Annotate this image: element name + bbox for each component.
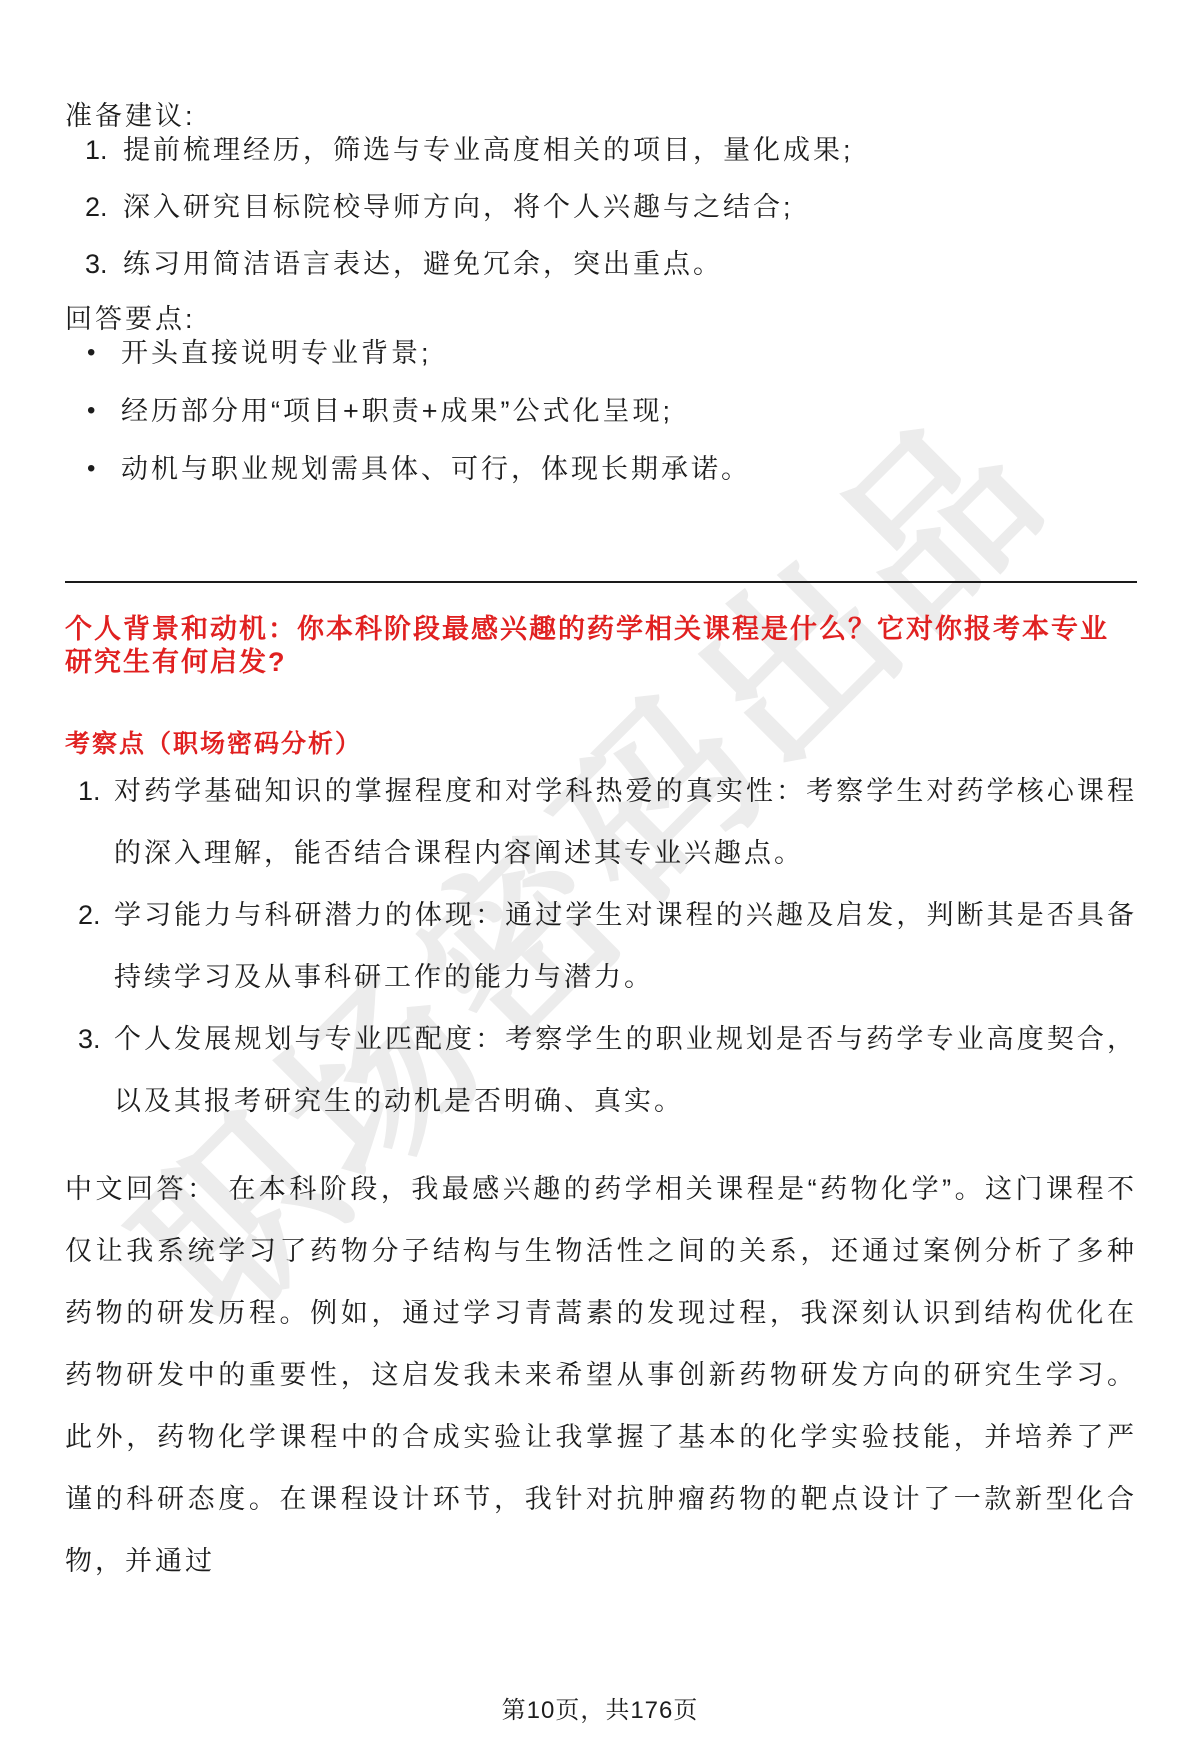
item-text: 深入研究目标院校导师方向，将个人兴趣与之结合;	[123, 189, 794, 225]
prep-advice-item: 1. 提前梳理经历，筛选与专业高度相关的项目，量化成果;	[65, 132, 1137, 168]
item-text: 提前梳理经历，筛选与专业高度相关的项目，量化成果;	[123, 132, 854, 168]
item-number: 2.	[85, 189, 115, 225]
answer-point-item: • 经历部分用“项目+职责+成果”公式化呈现;	[65, 393, 1137, 429]
examine-points-list: 1. 对药学基础知识的掌握程度和对学科热爱的真实性：考察学生对药学核心课程的深入…	[65, 760, 1137, 1132]
bullet-icon: •	[87, 451, 121, 487]
item-text: 学习能力与科研潜力的体现：通过学生对课程的兴趣及启发，判断其是否具备持续学习及从…	[114, 884, 1137, 1008]
item-text: 练习用简洁语言表达，避免冗余，突出重点。	[123, 246, 723, 282]
bullet-icon: •	[87, 335, 121, 371]
prep-advice-item: 3. 练习用简洁语言表达，避免冗余，突出重点。	[65, 246, 1137, 282]
examine-points-label: 考察点（职场密码分析）	[65, 729, 1137, 760]
item-text: 个人发展规划与专业匹配度：考察学生的职业规划是否与药学专业高度契合，以及其报考研…	[114, 1008, 1137, 1132]
chinese-answer-paragraph: 中文回答： 在本科阶段，我最感兴趣的药学相关课程是“药物化学”。这门课程不仅让我…	[65, 1158, 1137, 1592]
item-text: 动机与职业规划需具体、可行，体现长期承诺。	[121, 451, 751, 487]
item-number: 1.	[85, 132, 115, 168]
examine-point-item: 1. 对药学基础知识的掌握程度和对学科热爱的真实性：考察学生对药学核心课程的深入…	[65, 760, 1137, 884]
item-number: 3.	[85, 246, 115, 282]
answer-point-item: • 动机与职业规划需具体、可行，体现长期承诺。	[65, 451, 1137, 487]
answer-point-item: • 开头直接说明专业背景;	[65, 335, 1137, 371]
document-page: 职场密码出品 准备建议: 1. 提前梳理经历，筛选与专业高度相关的项目，量化成果…	[0, 0, 1200, 1755]
prep-advice-label: 准备建议:	[65, 100, 1137, 132]
item-number: 3.	[78, 1008, 114, 1132]
prep-advice-item: 2. 深入研究目标院校导师方向，将个人兴趣与之结合;	[65, 189, 1137, 225]
question-title: 个人背景和动机：你本科阶段最感兴趣的药学相关课程是什么？它对你报考本专业研究生有…	[65, 613, 1137, 679]
item-text: 经历部分用“项目+职责+成果”公式化呈现;	[121, 393, 673, 429]
item-text: 对药学基础知识的掌握程度和对学科热爱的真实性：考察学生对药学核心课程的深入理解，…	[114, 760, 1137, 884]
item-number: 1.	[78, 760, 114, 884]
examine-point-item: 3. 个人发展规划与专业匹配度：考察学生的职业规划是否与药学专业高度契合，以及其…	[65, 1008, 1137, 1132]
answer-points-list: • 开头直接说明专业背景; • 经历部分用“项目+职责+成果”公式化呈现; • …	[65, 335, 1137, 487]
page-content: 准备建议: 1. 提前梳理经历，筛选与专业高度相关的项目，量化成果; 2. 深入…	[0, 0, 1200, 1592]
item-text: 开头直接说明专业背景;	[121, 335, 432, 371]
item-number: 2.	[78, 884, 114, 1008]
examine-point-item: 2. 学习能力与科研潜力的体现：通过学生对课程的兴趣及启发，判断其是否具备持续学…	[65, 884, 1137, 1008]
answer-points-label: 回答要点:	[65, 303, 1137, 335]
prep-advice-list: 1. 提前梳理经历，筛选与专业高度相关的项目，量化成果; 2. 深入研究目标院校…	[65, 132, 1137, 282]
bullet-icon: •	[87, 393, 121, 429]
page-number-indicator: 第10页，共176页	[0, 1696, 1200, 1726]
section-divider	[65, 581, 1137, 583]
